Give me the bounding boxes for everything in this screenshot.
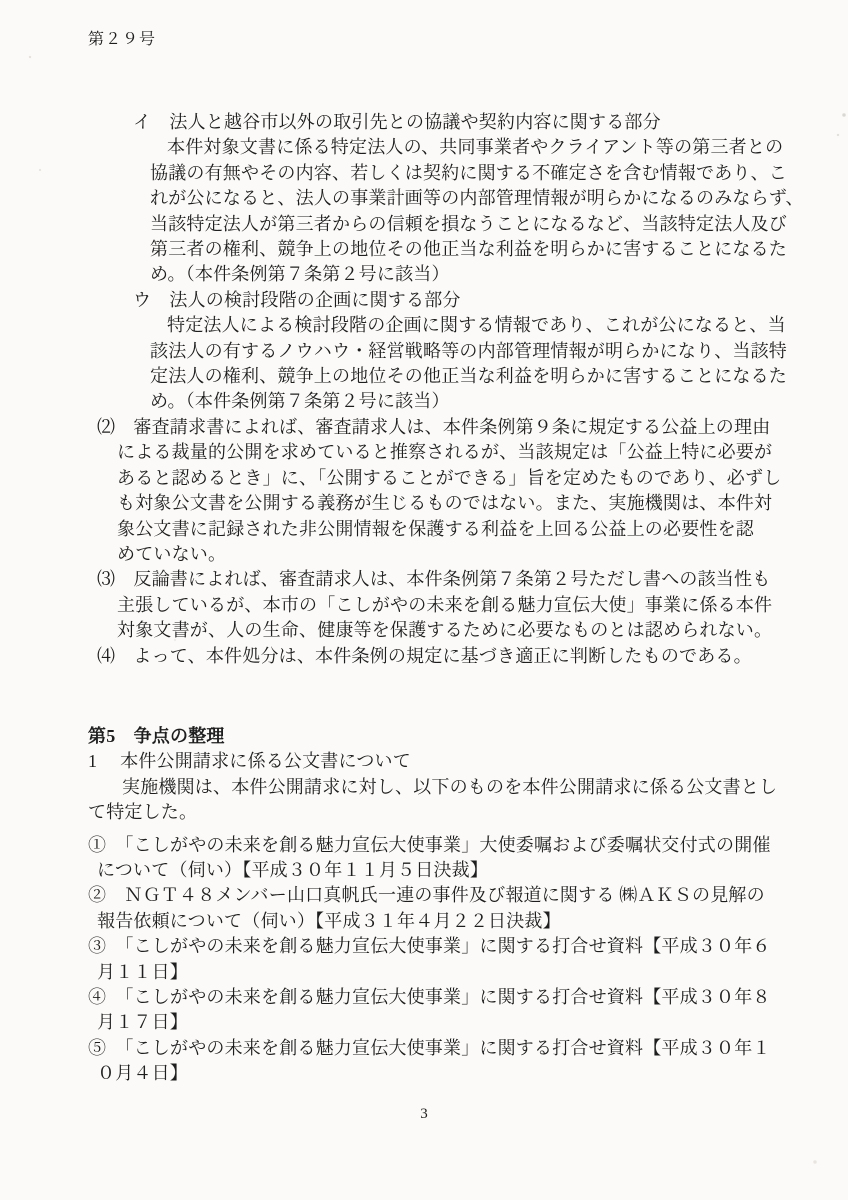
- document-body: イ 法人と越谷市以外の取引先との協議や契約内容に関する部分本件対象文書に係る特定…: [0, 0, 848, 1087]
- document-line: 協議の有無やその内容、若しくは契約に関する不確定さを含む情報であり、こ: [0, 161, 848, 186]
- document-line: ⑷ よって、本件処分は、本件条例の規定に基づき適正に判断したものである。: [0, 644, 848, 669]
- document-line: 特定法人による検討段階の企画に関する情報であり、これが公になると、当: [0, 313, 848, 338]
- document-line: て特定した。: [0, 800, 848, 825]
- document-line: について（伺い）【平成３０年１１月５日決裁】: [0, 858, 848, 883]
- document-line: れが公になると、法人の事業計画等の内部管理情報が明らかになるのみならず、: [0, 186, 848, 211]
- document-line: 対象文書が、人の生命、健康等を保護するために必要なものとは認められない。: [0, 618, 848, 643]
- document-number: 第２９号: [88, 26, 156, 49]
- document-line: ⑶ 反論書によれば、審査請求人は、本件条例第７条第２号ただし書への該当性も: [0, 567, 848, 592]
- document-line: 月１７日】: [0, 1010, 848, 1035]
- document-line: 該法人の有するノウハウ・経営戦略等の内部管理情報が明らかになり、当該特: [0, 339, 848, 364]
- document-line: ④ 「こしがやの未来を創る魅力宣伝大使事業」に関する打合せ資料【平成３０年８: [0, 985, 848, 1010]
- document-line: 当該特定法人が第三者からの信頼を損なうことになるなど、当該特定法人及び: [0, 212, 848, 237]
- scanned-page: 第２９号 イ 法人と越谷市以外の取引先との協議や契約内容に関する部分本件対象文書…: [0, 0, 848, 1200]
- document-line: めていない。: [0, 542, 848, 567]
- document-line: 実施機関は、本件公開請求に対し、以下のものを本件公開請求に係る公文書とし: [0, 775, 848, 800]
- document-line: め。（本件条例第７条第２号に該当）: [0, 262, 848, 287]
- document-line: ② ＮＧＴ４８メンバー山口真帆氏一連の事件及び報道に関する ㈱ＡＫＳの見解の: [0, 883, 848, 908]
- document-line: ① 「こしがやの未来を創る魅力宣伝大使事業」大使委嘱および委嘱状交付式の開催: [0, 833, 848, 858]
- document-line: ⑵ 審査請求書によれば、審査請求人は、本件条例第９条に規定する公益上の理由: [0, 415, 848, 440]
- document-line: 象公文書に記録された非公開情報を保護する利益を上回る公益上の必要性を認: [0, 517, 848, 542]
- document-line: も対象公文書を公開する義務が生じるものではない。また、実施機関は、本件対: [0, 491, 848, 516]
- document-line: ウ 法人の検討段階の企画に関する部分: [0, 288, 848, 313]
- document-line: 定法人の権利、競争上の地位その他正当な利益を明らかに害することになるた: [0, 364, 848, 389]
- document-line: 本件対象文書に係る特定法人の、共同事業者やクライアント等の第三者との: [0, 135, 848, 160]
- document-line: ０月４日】: [0, 1061, 848, 1086]
- document-line: 主張しているが、本市の「こしがやの未来を創る魅力宣伝大使」事業に係る本件: [0, 593, 848, 618]
- page-number: 3: [0, 1106, 848, 1123]
- document-line: 第三者の権利、競争上の地位その他正当な利益を明らかに害することになるた: [0, 237, 848, 262]
- document-line: イ 法人と越谷市以外の取引先との協議や契約内容に関する部分: [0, 110, 848, 135]
- document-line: ③ 「こしがやの未来を創る魅力宣伝大使事業」に関する打合せ資料【平成３０年６: [0, 934, 848, 959]
- document-line: 第5 争点の整理: [0, 724, 848, 749]
- document-line: め。（本件条例第７条第２号に該当）: [0, 389, 848, 414]
- document-line: ⑤ 「こしがやの未来を創る魅力宣伝大使事業」に関する打合せ資料【平成３０年１: [0, 1036, 848, 1061]
- document-line: 報告依頼について（伺い）【平成３１年４月２２日決裁】: [0, 909, 848, 934]
- document-line: による裁量的公開を求めていると推察されるが、当該規定は「公益上特に必要が: [0, 440, 848, 465]
- document-line: 1 本件公開請求に係る公文書について: [0, 749, 848, 774]
- document-line: 月１１日】: [0, 960, 848, 985]
- document-line: あると認めるとき」に、「公開することができる」旨を定めたものであり、必ずし: [0, 466, 848, 491]
